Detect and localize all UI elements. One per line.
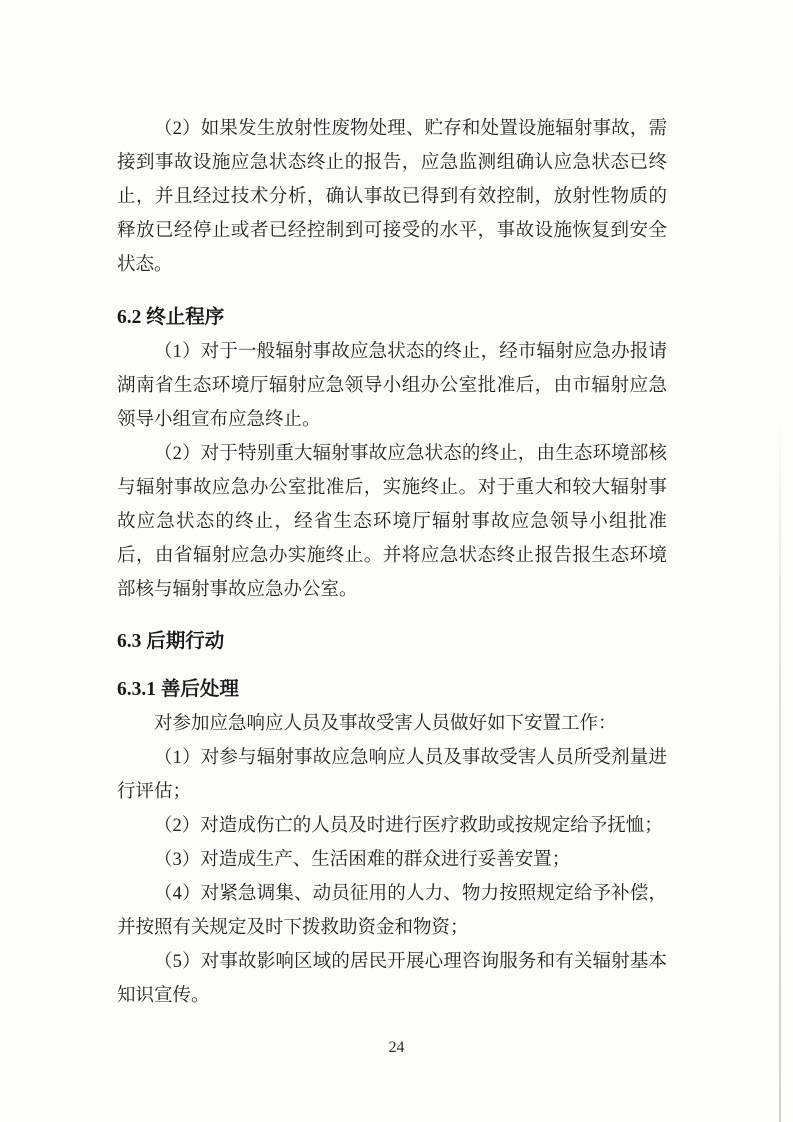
list-item-resettlement: （3）对造成生产、生活困难的群众进行妥善安置； [117,843,667,877]
section-heading-6-2: 6.2 终止程序 [117,301,667,335]
paragraph-6-2-item-2: （2）对于特别重大辐射事故应急状态的终止，由生态环境部核与辐射事故应急办公室批准… [117,437,667,607]
list-item-compensation: （4）对紧急调集、动员征用的人力、物力按照规定给予补偿，并按照有关规定及时下拨救… [117,877,667,945]
scan-edge-artifact [779,415,781,1122]
paragraph-6-3-1-lead: 对参加应急响应人员及事故受害人员做好如下安置工作： [117,707,667,741]
list-item-medical-aid: （2）对造成伤亡的人员及时进行医疗救助或按规定给予抚恤； [117,809,667,843]
paragraph-6-2-item-1: （1）对于一般辐射事故应急状态的终止，经市辐射应急办报请湖南省生态环境厅辐射应急… [117,335,667,437]
document-page: （2）如果发生放射性废物处理、贮存和处置设施辐射事故，需接到事故设施应急状态终止… [0,0,793,1122]
subsection-heading-6-3-1: 6.3.1 善后处理 [117,673,667,707]
list-item-dose-assessment: （1）对参与辐射事故应急响应人员及事故受害人员所受剂量进行评估； [117,741,667,809]
section-heading-6-3: 6.3 后期行动 [117,625,667,659]
paragraph-termination-condition-2: （2）如果发生放射性废物处理、贮存和处置设施辐射事故，需接到事故设施应急状态终止… [117,112,667,282]
list-item-psychological-service: （5）对事故影响区域的居民开展心理咨询服务和有关辐射基本知识宣传。 [117,945,667,1013]
page-number: 24 [0,1038,793,1058]
